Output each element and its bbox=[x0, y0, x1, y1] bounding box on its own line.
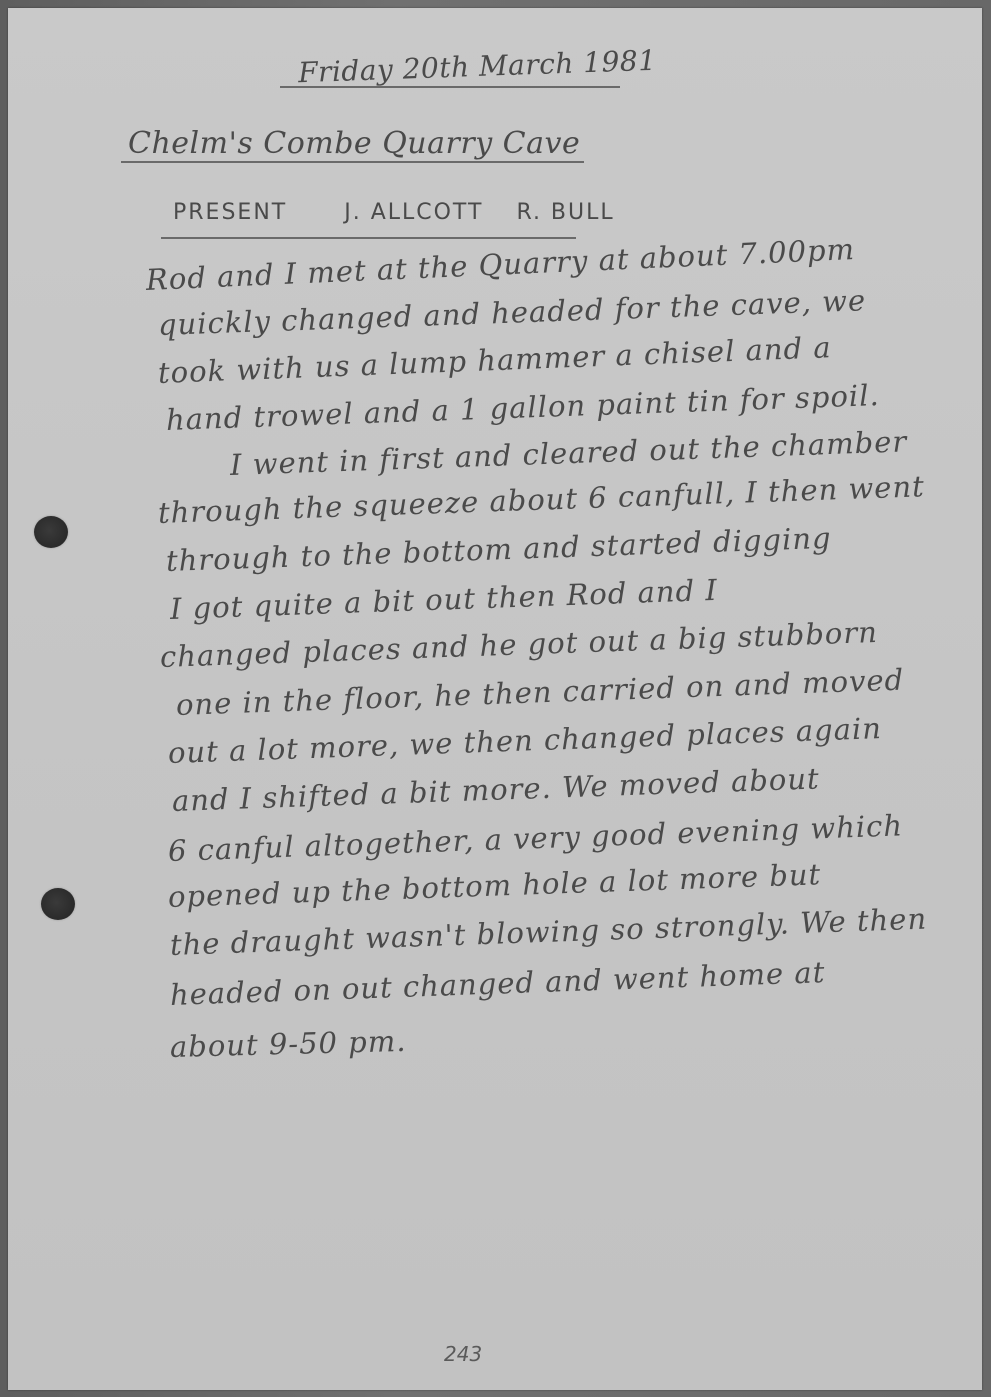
log-body-line: I got quite a bit out then Rod and I bbox=[169, 573, 718, 626]
present-name: J. ALLCOTT bbox=[344, 200, 483, 225]
page-number: 243 bbox=[444, 1342, 482, 1366]
entry-date: Friday 20th March 1981 bbox=[298, 44, 657, 89]
log-body-line: opened up the bottom hole a lot more but bbox=[167, 857, 821, 914]
present-label: PRESENT bbox=[173, 200, 287, 225]
log-body-line: and I shifted a bit more. We moved about bbox=[171, 761, 820, 818]
log-body-line: took with us a lump hammer a chisel and … bbox=[157, 330, 832, 390]
punch-hole bbox=[34, 516, 68, 548]
date-underline bbox=[280, 86, 620, 88]
log-body-line: through to the bottom and started diggin… bbox=[165, 521, 832, 578]
present-underline bbox=[161, 237, 576, 239]
log-body-line: about 9-50 pm. bbox=[170, 1024, 407, 1064]
title-underline bbox=[121, 161, 584, 163]
present-line: PRESENT J. ALLCOTT R. BULL bbox=[173, 200, 639, 225]
punch-hole bbox=[41, 888, 75, 920]
log-body-line: changed places and he got out a big stub… bbox=[159, 615, 878, 674]
log-body-line: the draught wasn't blowing so strongly. … bbox=[169, 902, 927, 962]
log-body-line: headed on out changed and went home at bbox=[169, 955, 825, 1012]
log-body-line: out a lot more, we then changed places a… bbox=[167, 711, 882, 770]
log-page: Friday 20th March 1981 Chelm's Combe Qua… bbox=[8, 8, 982, 1390]
cave-title: Chelm's Combe Quarry Cave bbox=[128, 126, 580, 161]
present-name: R. BULL bbox=[516, 200, 614, 225]
